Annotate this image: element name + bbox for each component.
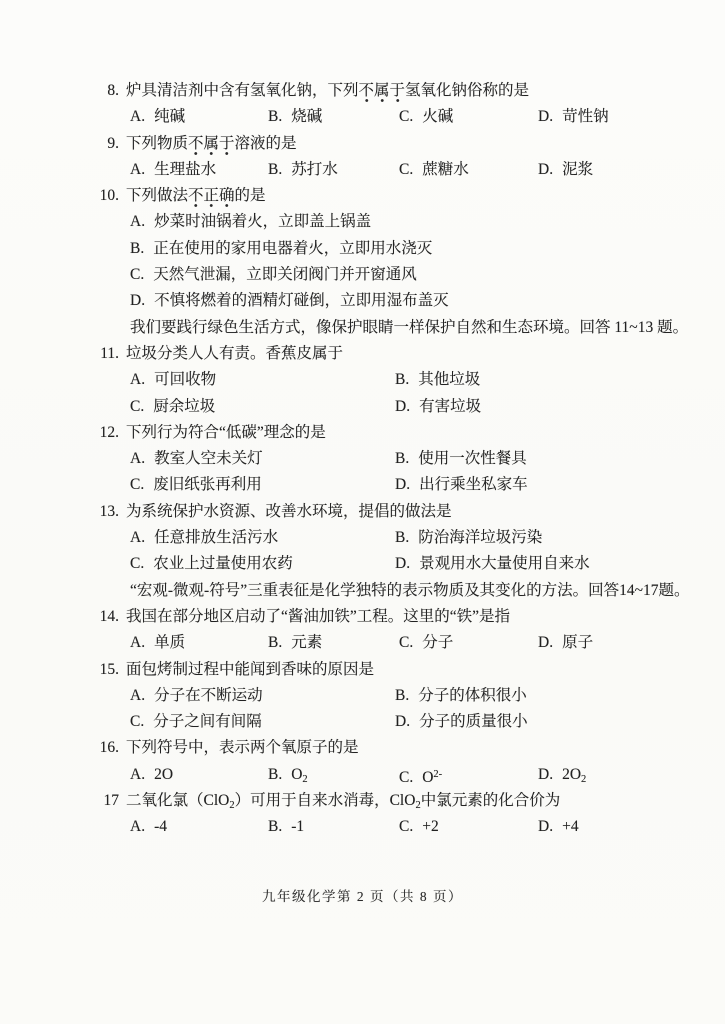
text-segment: 任意排放生活污水 [154,529,278,546]
answer-option: C.分子 [399,630,538,656]
option-text: 炒菜时油锅着火，立即盖上锅盖 [154,213,371,230]
option-text: 生理盐水 [154,161,216,178]
text-segment: 2O [562,766,581,783]
option-label: D. [395,555,410,572]
text-segment: 农业上过量使用农药 [153,555,293,572]
answer-option: A.生理盐水 [130,157,268,183]
text-segment: 2O [154,766,173,783]
text-segment: 分子的质量很小 [419,713,528,730]
text-segment: +4 [562,818,579,835]
answer-option: A.单质 [130,630,268,656]
option-text: 农业上过量使用农药 [153,555,293,572]
option-label: B. [268,108,282,125]
text-segment: +2 [422,818,439,835]
text-segment: 出行乘坐私家车 [419,476,528,493]
text-segment: 原子 [562,634,593,651]
option-text: 可回收物 [154,371,216,388]
option-label: A. [130,687,145,704]
question-stem: 我国在部分地区启动了“酱油加铁”工程。这里的“铁”是指 [126,608,510,625]
exam-paper-page: 8.炉具清洁剂中含有氢氧化钠，下列不属于氢氧化钠俗称的是A.纯碱B.烧碱C.火碱… [0,0,725,1024]
options-row: A.教室人空未关灯B.使用一次性餐具C.废旧纸张再利用D.出行乘坐私家车 [0,446,725,499]
option-text: 任意排放生活污水 [154,529,278,546]
option-label: C. [399,108,413,125]
question-stem: 二氧化氯（ClO2）可用于自来水消毒，ClO2中氯元素的化合价为 [126,792,560,809]
answer-option: B.其他垃圾 [395,367,725,393]
question-number: 14. [93,604,119,630]
question-stem-line: 12.下列行为符合“低碳”理念的是 [0,420,725,446]
question-number: 9. [93,131,119,157]
option-text: 正在使用的家用电器着火，立即用水浇灭 [153,240,432,257]
question-number: 10. [93,183,119,209]
question-stem: 炉具清洁剂中含有氢氧化钠，下列不属于氢氧化钠俗称的是 [126,82,529,103]
option-text: 分子的质量很小 [419,713,528,730]
answer-option: A.教室人空未关灯 [130,446,395,472]
subscript-text: 2 [581,774,586,785]
answer-option: D.不慎将燃着的酒精灯碰倒，立即用湿布盖灭 [130,288,449,314]
text-segment: 使用一次性餐具 [418,450,527,467]
question-stem-line: 8.炉具清洁剂中含有氢氧化钠，下列不属于氢氧化钠俗称的是 [0,78,725,104]
question-stem: 下列做法不正确的是 [126,187,266,208]
passage-line: 我们要践行绿色生活方式，像保护眼睛一样保护自然和生态环境。回答 11~13 题。 [0,315,725,341]
option-label: D. [395,398,410,415]
option-line: A.炒菜时油锅着火，立即盖上锅盖 [0,209,725,235]
option-text: 景观用水大量使用自来水 [419,555,590,572]
option-label: C. [130,713,144,730]
text-segment: 教室人空未关灯 [154,450,263,467]
question-stem-line: 15.面包烤制过程中能闻到香味的原因是 [0,657,725,683]
text-segment: 下列行为符合“低碳”理念的是 [126,424,326,441]
answer-option: C.+2 [399,814,538,840]
option-text: 不慎将燃着的酒精灯碰倒，立即用湿布盖灭 [154,292,449,309]
option-line: B.正在使用的家用电器着火，立即用水浇灭 [0,236,725,262]
text-segment: 溶液的是 [235,135,297,152]
option-label: A. [130,108,145,125]
option-label: D. [395,476,410,493]
question-stem: 下列符号中，表示两个氧原子的是 [126,739,359,756]
option-text: 苛性钠 [562,108,609,125]
text-segment: 不慎将燃着的酒精灯碰倒，立即用湿布盖灭 [154,292,449,309]
text-segment: 生理盐水 [154,161,216,178]
option-label: C. [130,476,144,493]
option-text: 2O2 [562,766,586,783]
text-segment: 纯碱 [154,108,185,125]
answer-option: B.正在使用的家用电器着火，立即用水浇灭 [130,236,432,262]
text-segment: 面包烤制过程中能闻到香味的原因是 [126,661,374,678]
question-stem-line: 11.垃圾分类人人有责。香蕉皮属于 [0,341,725,367]
answer-option: C.蔗糖水 [399,157,538,183]
answer-option: D.苛性钠 [538,104,725,130]
option-label: D. [130,292,145,309]
option-label: D. [395,713,410,730]
option-label: B. [268,634,282,651]
answer-option: D.出行乘坐私家车 [395,472,725,498]
option-label: A. [130,161,145,178]
text-segment: “宏观-微观-符号”三重表征是化学独特的表示物质及其变化的方法。回答14~17题… [130,582,689,599]
answer-option: D.原子 [538,630,725,656]
text-segment: -4 [154,818,167,835]
option-label: B. [130,240,144,257]
option-label: C. [130,266,144,283]
text-segment: 蔗糖水 [422,161,469,178]
text-segment: 我国在部分地区启动了“酱油加铁”工程。这里的“铁”是指 [126,608,510,625]
option-text: O2 [291,766,307,783]
answer-option: C.厨余垃圾 [130,394,395,420]
option-label: A. [130,634,145,651]
option-text: 纯碱 [154,108,185,125]
answer-option: D.+4 [538,814,725,840]
text-segment: 苏打水 [291,161,338,178]
answer-option: B.元素 [268,630,399,656]
answer-option: B.防治海洋垃圾污染 [395,525,725,551]
text-segment: -1 [291,818,304,835]
answer-option: D.2O2 [538,762,725,793]
answer-option: D.分子的质量很小 [395,709,725,735]
option-text: 有害垃圾 [419,398,481,415]
option-label: B. [268,818,282,835]
text-segment: 可回收物 [154,371,216,388]
options-row: A.分子在不断运动B.分子的体积很小C.分子之间有间隔D.分子的质量很小 [0,683,725,736]
option-label: A. [130,213,145,230]
option-text: 蔗糖水 [422,161,469,178]
option-label: B. [395,450,409,467]
answer-option: C.分子之间有间隔 [130,709,395,735]
question-number: 15. [93,657,119,683]
option-text: 苏打水 [291,161,338,178]
subscript-text: 2 [302,774,307,785]
text-segment: 分子在不断运动 [154,687,263,704]
question-number: 8. [93,78,119,104]
option-label: D. [538,818,553,835]
question-stem: 面包烤制过程中能闻到香味的原因是 [126,661,374,678]
text-segment: 氢氧化钠俗称的是 [405,82,529,99]
option-text: 烧碱 [291,108,322,125]
text-segment: 厨余垃圾 [153,398,215,415]
option-label: B. [395,529,409,546]
option-label: A. [130,818,145,835]
options-row: A.-4B.-1C.+2D.+4 [0,814,725,840]
option-label: C. [399,769,413,786]
answer-option: A.任意排放生活污水 [130,525,395,551]
answer-option: B.-1 [268,814,399,840]
option-text: 天然气泄漏，立即关闭阀门并开窗通风 [153,266,417,283]
question-number: 16. [93,735,119,761]
option-text: 使用一次性餐具 [418,450,527,467]
question-stem: 垃圾分类人人有责。香蕉皮属于 [126,345,343,362]
text-segment: 下列做法 [126,187,188,204]
text-segment: 烧碱 [291,108,322,125]
passage-line: “宏观-微观-符号”三重表征是化学独特的表示物质及其变化的方法。回答14~17题… [0,578,725,604]
text-segment: 泥浆 [562,161,593,178]
emphasized-text: 不属于 [359,82,406,103]
options-row: A.纯碱B.烧碱C.火碱D.苛性钠 [0,104,725,130]
option-label: A. [130,529,145,546]
text-segment: O [422,769,433,786]
text-segment: 元素 [291,634,322,651]
option-text: 元素 [291,634,322,651]
option-text: 2O [154,766,173,783]
answer-option: B.分子的体积很小 [395,683,725,709]
question-stem: 下列行为符合“低碳”理念的是 [126,424,326,441]
option-text: 厨余垃圾 [153,398,215,415]
text-segment: 景观用水大量使用自来水 [419,555,590,572]
page-footer: 九年级化学第 2 页（共 8 页） [0,885,725,905]
text-segment: 天然气泄漏，立即关闭阀门并开窗通风 [153,266,417,283]
option-text: 分子的体积很小 [418,687,527,704]
option-label: D. [538,766,553,783]
answer-option: A.纯碱 [130,104,268,130]
text-segment: 正在使用的家用电器着火，立即用水浇灭 [153,240,432,257]
option-text: 出行乘坐私家车 [419,476,528,493]
text-segment: 炒菜时油锅着火，立即盖上锅盖 [154,213,371,230]
text-segment: 其他垃圾 [418,371,480,388]
option-label: C. [130,398,144,415]
option-text: 教室人空未关灯 [154,450,263,467]
option-text: 火碱 [422,108,453,125]
answer-option: C.天然气泄漏，立即关闭阀门并开窗通风 [130,262,417,288]
text-segment: 分子之间有间隔 [153,713,262,730]
question-stem: 为系统保护水资源、改善水环境，提倡的做法是 [126,503,452,520]
option-text: 原子 [562,634,593,651]
option-label: B. [395,371,409,388]
option-label: D. [538,161,553,178]
option-text: 泥浆 [562,161,593,178]
question-stem-line: 16.下列符号中，表示两个氧原子的是 [0,735,725,761]
question-list: 8.炉具清洁剂中含有氢氧化钠，下列不属于氢氧化钠俗称的是A.纯碱B.烧碱C.火碱… [0,78,725,841]
text-segment: ）可用于自来水消毒，ClO [235,792,416,809]
text-segment: 防治海洋垃圾污染 [418,529,542,546]
text-segment: 垃圾分类人人有责。香蕉皮属于 [126,345,343,362]
option-label: C. [399,818,413,835]
question-stem-line: 13.为系统保护水资源、改善水环境，提倡的做法是 [0,499,725,525]
option-line: D.不慎将燃着的酒精灯碰倒，立即用湿布盖灭 [0,288,725,314]
option-text: 废旧纸张再利用 [153,476,262,493]
text-segment: 中氯元素的化合价为 [421,792,561,809]
option-label: C. [399,161,413,178]
answer-option: C.农业上过量使用农药 [130,551,395,577]
option-text: 分子之间有间隔 [153,713,262,730]
answer-option: D.有害垃圾 [395,394,725,420]
answer-option: B.苏打水 [268,157,399,183]
option-text: -4 [154,818,167,835]
option-text: +2 [422,818,439,835]
text-segment: 火碱 [422,108,453,125]
text-segment: 的是 [235,187,266,204]
answer-option: D.泥浆 [538,157,725,183]
text-segment: 有害垃圾 [419,398,481,415]
option-text: O2- [422,769,442,786]
question-number: 12. [93,420,119,446]
question-number: 11. [93,341,119,367]
answer-option: B.烧碱 [268,104,399,130]
text-segment: 苛性钠 [562,108,609,125]
answer-option: C.废旧纸张再利用 [130,472,395,498]
text-segment: O [291,766,302,783]
option-text: -1 [291,818,304,835]
text-segment: 分子的体积很小 [418,687,527,704]
text-segment: 下列符号中，表示两个氧原子的是 [126,739,359,756]
option-label: B. [395,687,409,704]
option-text: 单质 [154,634,185,651]
options-row: A.2OB.O2C.O2-D.2O2 [0,762,725,788]
option-label: D. [538,634,553,651]
option-label: B. [268,161,282,178]
options-row: A.可回收物B.其他垃圾C.厨余垃圾D.有害垃圾 [0,367,725,420]
option-text: 分子 [422,634,453,651]
option-label: A. [130,766,145,783]
text-segment: 单质 [154,634,185,651]
text-segment: 炉具清洁剂中含有氢氧化钠，下列 [126,82,359,99]
answer-option: A.可回收物 [130,367,395,393]
option-line: C.天然气泄漏，立即关闭阀门并开窗通风 [0,262,725,288]
option-text: 其他垃圾 [418,371,480,388]
option-text: +4 [562,818,579,835]
emphasized-text: 不属于 [188,135,235,156]
option-text: 防治海洋垃圾污染 [418,529,542,546]
question-stem-line: 14.我国在部分地区启动了“酱油加铁”工程。这里的“铁”是指 [0,604,725,630]
text-segment: 下列物质 [126,135,188,152]
answer-option: C.火碱 [399,104,538,130]
answer-option: B.使用一次性餐具 [395,446,725,472]
text-segment: 分子 [422,634,453,651]
text-segment: 我们要践行绿色生活方式，像保护眼睛一样保护自然和生态环境。回答 11~13 题。 [130,319,688,336]
option-label: B. [268,766,282,783]
options-row: A.生理盐水B.苏打水C.蔗糖水D.泥浆 [0,157,725,183]
question-number: 13. [93,499,119,525]
option-label: A. [130,450,145,467]
text-segment: 二氧化氯（ClO [126,792,229,809]
text-segment: 废旧纸张再利用 [153,476,262,493]
question-stem-line: 10.下列做法不正确的是 [0,183,725,209]
option-label: C. [130,555,144,572]
answer-option: A.-4 [130,814,268,840]
answer-option: A.分子在不断运动 [130,683,395,709]
text-segment: 为系统保护水资源、改善水环境，提倡的做法是 [126,503,452,520]
question-stem: 下列物质不属于溶液的是 [126,135,297,156]
answer-option: A.炒菜时油锅着火，立即盖上锅盖 [130,209,371,235]
option-label: A. [130,371,145,388]
answer-option: D.景观用水大量使用自来水 [395,551,725,577]
question-stem-line: 9.下列物质不属于溶液的是 [0,131,725,157]
question-number: 17 [93,788,119,814]
emphasized-text: 不正确 [188,187,235,208]
option-label: D. [538,108,553,125]
options-row: A.单质B.元素C.分子D.原子 [0,630,725,656]
options-row: A.任意排放生活污水B.防治海洋垃圾污染C.农业上过量使用农药D.景观用水大量使… [0,525,725,578]
option-text: 分子在不断运动 [154,687,263,704]
option-label: C. [399,634,413,651]
superscript-text: 2- [433,769,442,780]
